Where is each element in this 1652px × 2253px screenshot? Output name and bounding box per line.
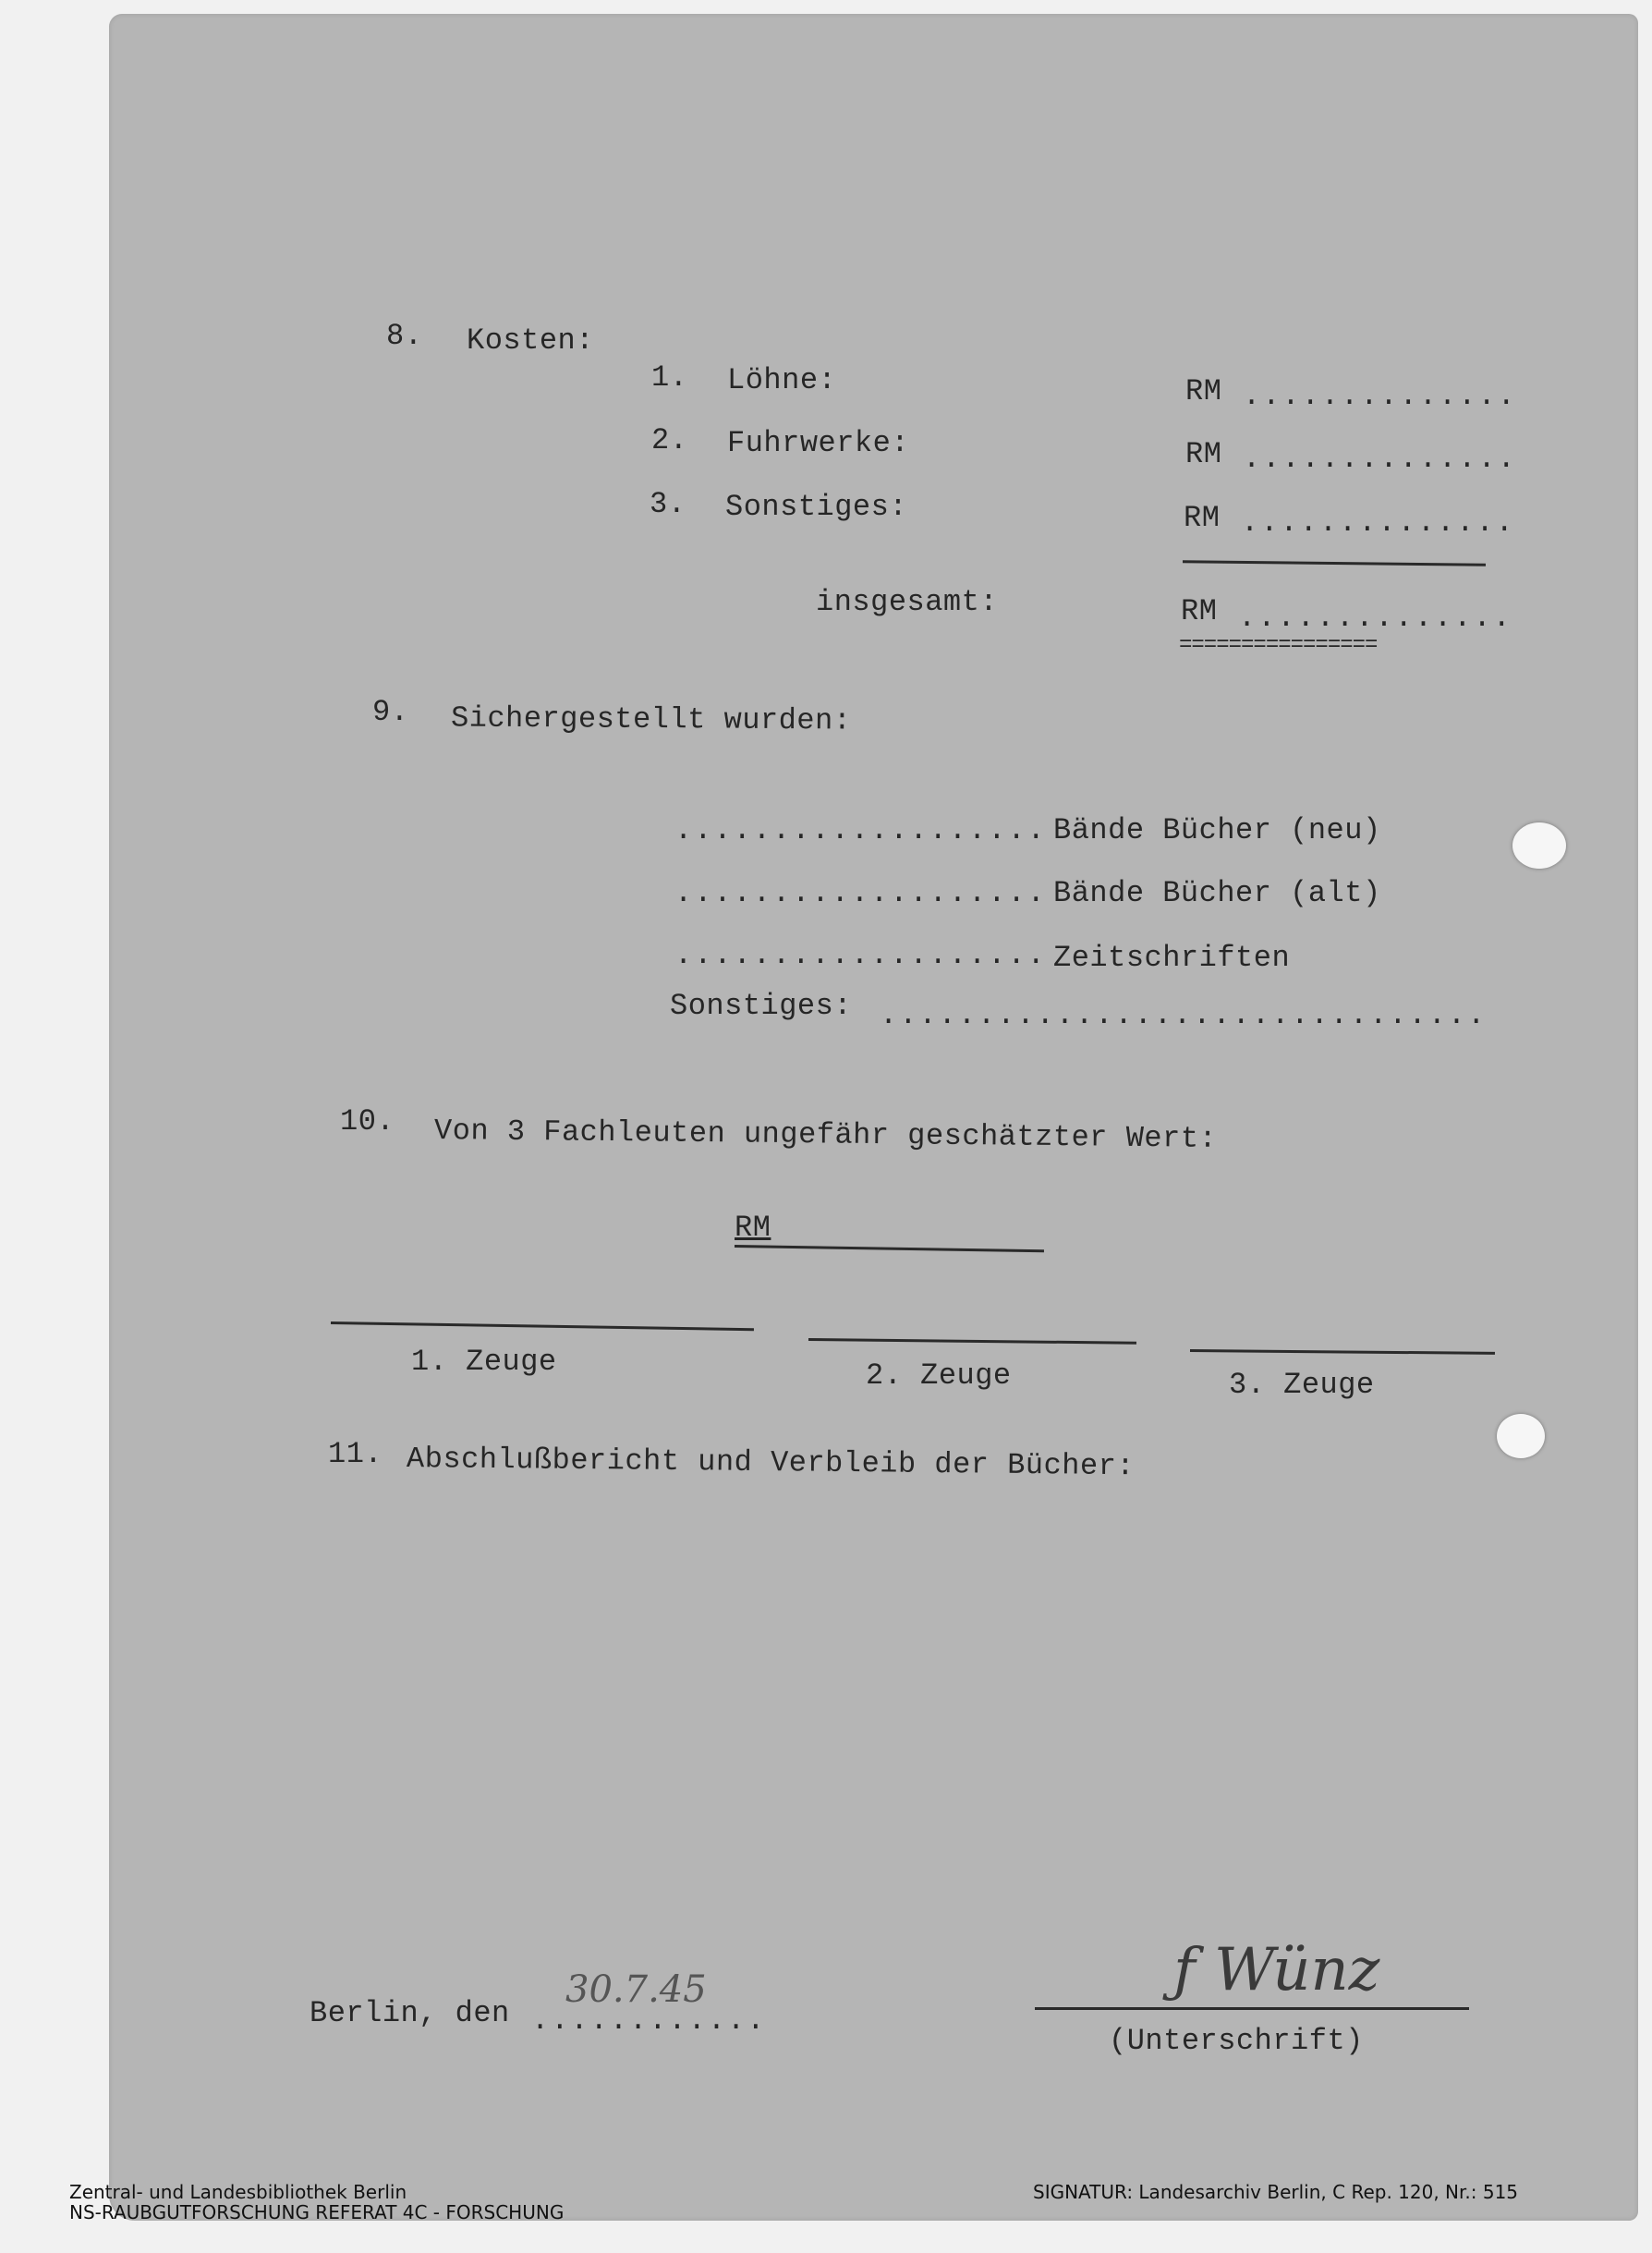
- cost-value-field[interactable]: ..............: [1243, 442, 1517, 476]
- place-date-label: Berlin, den: [310, 1996, 510, 2030]
- quantity-field[interactable]: ...................: [674, 876, 1047, 910]
- quantity-field[interactable]: ...................: [674, 938, 1047, 972]
- witness-label: 2. Zeuge: [866, 1358, 1012, 1393]
- secured-item-label: Bände Bücher (alt): [1053, 876, 1381, 910]
- other-label: Sonstiges:: [670, 989, 852, 1023]
- handwritten-date: 30.7.45: [565, 1968, 707, 2011]
- cost-item-number: 3.: [650, 487, 686, 521]
- punch-hole-upper: [1512, 822, 1566, 869]
- total-label: insgesamt:: [816, 585, 998, 619]
- punch-hole-lower: [1497, 1414, 1545, 1458]
- value-currency: RM: [735, 1211, 771, 1245]
- section-title: Sichergestellt wurden:: [451, 700, 852, 737]
- secured-item-label: Zeitschriften: [1053, 941, 1290, 975]
- section-number: 11.: [328, 1437, 383, 1471]
- section-number: 10.: [340, 1104, 395, 1139]
- quantity-field[interactable]: ...................: [674, 813, 1047, 847]
- cost-item-label: Sonstiges:: [725, 490, 907, 524]
- archive-signature: SIGNATUR: Landesarchiv Berlin, C Rep. 12…: [1033, 2182, 1518, 2202]
- section-title: Kosten:: [467, 323, 594, 358]
- cost-item-label: Fuhrwerke:: [727, 426, 909, 460]
- total-currency: RM: [1181, 594, 1217, 628]
- secured-item-label: Bände Bücher (neu): [1053, 813, 1381, 847]
- witness-label: 1. Zeuge: [411, 1345, 557, 1379]
- total-double-underline: ================: [1179, 633, 1377, 658]
- cost-currency: RM: [1185, 437, 1221, 471]
- total-value-field[interactable]: ..............: [1238, 601, 1512, 635]
- signature-label: (Unterschrift): [1109, 2024, 1364, 2058]
- section-number: 9.: [372, 695, 408, 729]
- cost-item-number: 1.: [651, 360, 687, 395]
- cost-item-number: 2.: [651, 423, 687, 457]
- witness-label: 3. Zeuge: [1229, 1368, 1375, 1402]
- cost-item-label: Löhne:: [727, 363, 836, 397]
- handwritten-signature: ƒ Wünz: [1173, 1936, 1379, 2004]
- section-number: 8.: [386, 319, 422, 353]
- cost-currency: RM: [1185, 374, 1221, 408]
- signature-line[interactable]: [1035, 2007, 1469, 2010]
- cost-currency: RM: [1184, 501, 1220, 535]
- department-name: NS-RAUBGUTFORSCHUNG REFERAT 4C - FORSCHU…: [69, 2202, 564, 2223]
- cost-value-field[interactable]: ..............: [1241, 505, 1515, 540]
- library-name: Zentral- und Landesbibliothek Berlin: [69, 2182, 407, 2202]
- cost-value-field[interactable]: ..............: [1243, 379, 1517, 413]
- other-field[interactable]: ...............................: [880, 998, 1487, 1032]
